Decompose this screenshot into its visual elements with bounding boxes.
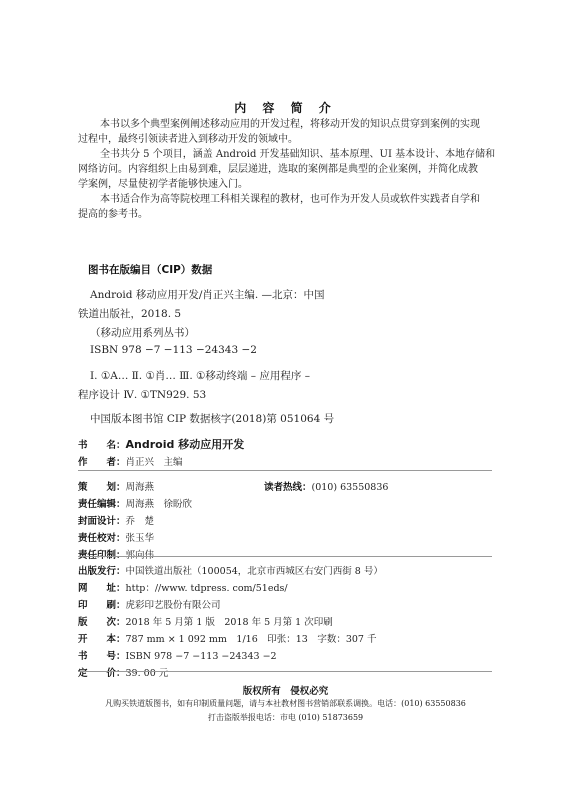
format-value: 787 mm × 1 092 mm 1/16 印张：13 字数：307 千 [126, 634, 377, 645]
book-title-value: Android 移动应用开发 [126, 438, 245, 451]
printer-value: 虎彩印艺股份有限公司 [126, 600, 221, 611]
publisher-label: 出版发行： [78, 563, 126, 577]
printer-label: 印 刷： [78, 597, 126, 611]
edition-row: 版 次：2018 年 5 月第 1 版 2018 年 5 月第 1 次印刷 [78, 614, 333, 628]
cip-line: Ⅰ. ①A… Ⅱ. ①肖… Ⅲ. ①移动终端 – 应用程序 – [90, 368, 310, 383]
author-row: 作 者：肖正兴 主编 [78, 454, 183, 468]
printer-row: 印 刷：虎彩印艺股份有限公司 [78, 597, 221, 611]
planner-value: 周海燕 [126, 482, 155, 493]
summary-p3-line2: 提高的参考书。 [78, 208, 148, 222]
cip-number: 中国版本图书馆 CIP 数据核字(2018)第 051064 号 [90, 411, 334, 426]
proofreader-value: 张玉华 [126, 533, 155, 544]
author-label: 作 者： [78, 454, 126, 468]
summary-title: 内 容 简 介 [0, 99, 571, 116]
rights-notice: 版权所有 侵权必究 [0, 683, 571, 697]
cip-heading: 图书在版编目（CIP）数据 [88, 262, 212, 277]
publisher-value: 中国铁道出版社（100054，北京市西城区右安门西街 8 号） [126, 566, 383, 577]
summary-p1-line2: 过程中，最终引领读者进入到移动开发的领域中。 [78, 133, 298, 147]
isbn-row: 书 号：ISBN 978 −7 −113 −24343 −2 [78, 648, 277, 662]
edition-label: 版 次： [78, 614, 126, 628]
cip-line: ISBN 978 −7 −113 −24343 −2 [90, 344, 257, 356]
cover-design-value: 乔 楚 [126, 516, 155, 527]
price-value: 39. 00 元 [126, 668, 169, 679]
hotline-label: 读者热线： [264, 479, 312, 493]
author-value: 肖正兴 主编 [126, 457, 183, 468]
summary-p3-line1: 本书适合作为高等院校理工科相关课程的教材，也可作为开发人员或软件实践者自学和 [100, 193, 480, 207]
price-row: 定 价：39. 00 元 [78, 665, 168, 679]
format-row: 开 本：787 mm × 1 092 mm 1/16 印张：13 字数：307 … [78, 631, 377, 645]
price-label: 定 价： [78, 665, 126, 679]
website-row: 网 址：http：//www. tdpress. com/51eds/ [78, 580, 288, 594]
print-manager-label: 责任印制： [78, 547, 126, 561]
summary-p1-line1: 本书以多个典型案例阐述移动应用的开发过程，将移动开发的知识点贯穿到案例的实现 [100, 118, 480, 132]
proofreader-label: 责任校对： [78, 530, 126, 544]
editor-label: 责任编辑： [78, 496, 126, 510]
cip-line: （移动应用系列丛书） [90, 325, 195, 340]
divider [78, 470, 492, 471]
hotline-row: 读者热线：(010) 63550836 [264, 479, 388, 493]
proofreader-row: 责任校对：张玉华 [78, 530, 154, 544]
isbn-value: ISBN 978 −7 −113 −24343 −2 [126, 651, 277, 662]
edition-value: 2018 年 5 月第 1 版 2018 年 5 月第 1 次印刷 [126, 617, 333, 628]
isbn-label: 书 号： [78, 648, 126, 662]
quality-notice: 凡购买铁道版图书，如有印制质量问题，请与本社教材图书营销部联系调换。电话：(01… [0, 698, 571, 709]
cover-design-row: 封面设计：乔 楚 [78, 513, 154, 527]
cover-design-label: 封面设计： [78, 513, 126, 527]
website-value: http：//www. tdpress. com/51eds/ [126, 583, 288, 594]
editor-value: 周海燕 徐盼欣 [126, 499, 193, 510]
cip-line: Android 移动应用开发/肖正兴主编. —北京：中国 [90, 287, 325, 302]
piracy-hotline: 打击盗版举报电话：市电 (010) 51873659 [0, 712, 571, 723]
print-manager-row: 责任印制：郭向伟 [78, 547, 154, 561]
book-title-row: 书 名：Android 移动应用开发 [78, 436, 244, 452]
cip-line: 铁道出版社，2018. 5 [78, 306, 181, 321]
planner-label: 策 划： [78, 479, 126, 493]
divider [78, 671, 492, 672]
editor-row: 责任编辑：周海燕 徐盼欣 [78, 496, 192, 510]
book-title-label: 书 名： [78, 437, 126, 451]
format-label: 开 本： [78, 631, 126, 645]
divider [78, 556, 492, 557]
hotline-value: (010) 63550836 [312, 482, 389, 493]
cip-line: 程序设计 Ⅳ. ①TN929. 53 [78, 387, 206, 402]
summary-p2-line3: 学案例，尽量使初学者能够快速入门。 [78, 178, 248, 192]
summary-p2-line1: 全书共分 5 个项目，涵盖 Android 开发基础知识、基本原理、UI 基本设… [100, 148, 495, 162]
planner-row: 策 划：周海燕 [78, 479, 154, 493]
website-label: 网 址： [78, 580, 126, 594]
summary-p2-line2: 网络访问。内容组织上由易到难，层层递进，选取的案例都是典型的企业案例，并简化成教 [78, 163, 478, 177]
publisher-row: 出版发行：中国铁道出版社（100054，北京市西城区右安门西街 8 号） [78, 563, 383, 577]
